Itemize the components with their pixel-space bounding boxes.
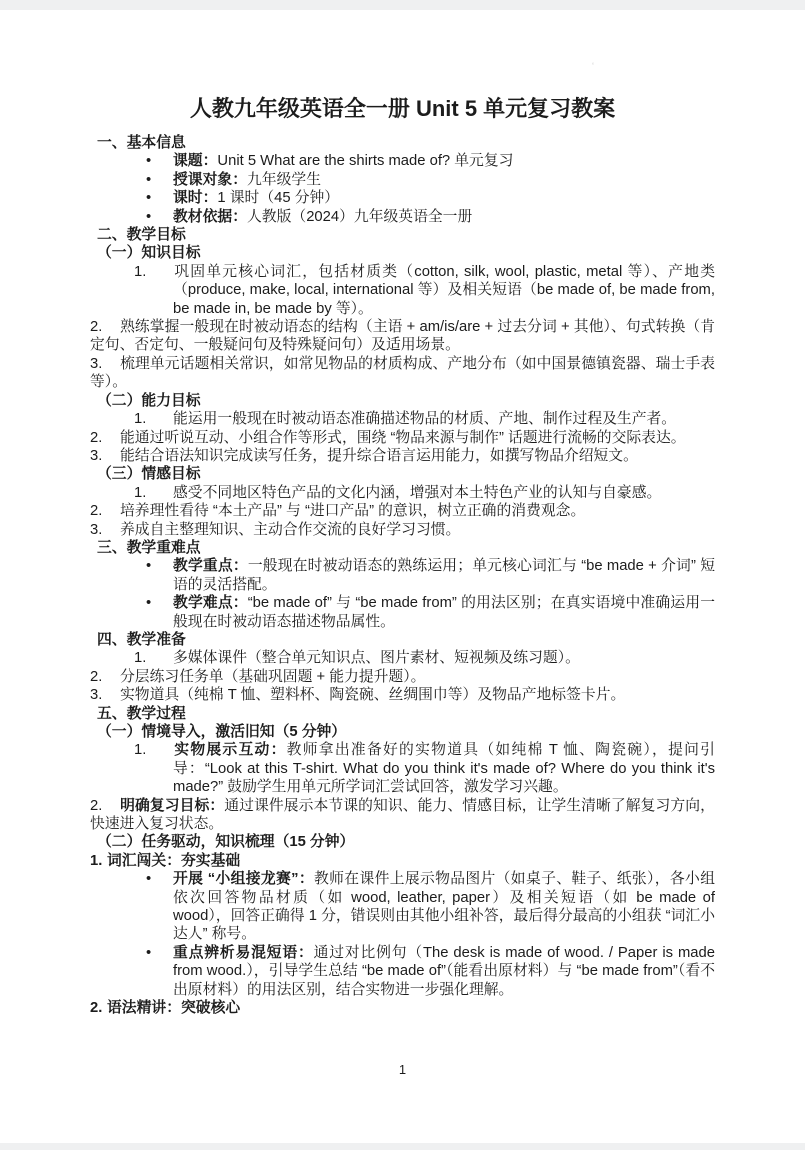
smudge-mark: ʻ xyxy=(592,62,594,71)
list-item: 3.梳理单元话题相关常识，如常见物品的材质构成、产地分布（如中国景德镇瓷器、瑞士… xyxy=(90,355,715,392)
text-run: （一）情境导入，激活旧知（5 分钟） xyxy=(97,724,346,740)
bullet-icon: • xyxy=(146,189,151,207)
list-item: 1.感受不同地区特色产品的文化内涵，增强对本土特色产业的认知与自豪感。 xyxy=(90,484,715,502)
text-run: 明确复习目标： xyxy=(120,798,224,814)
document-title: 人教九年级英语全一册 Unit 5 单元复习教案 xyxy=(90,94,715,124)
text-run: 梳理单元话题相关常识，如常见物品的材质构成、产地分布（如中国景德镇瓷器、瑞士手表… xyxy=(90,356,715,390)
text-run: 词汇闯关：夯实基础 xyxy=(107,853,240,869)
text-run: 二、教学目标 xyxy=(97,227,186,243)
list-number: 1. xyxy=(134,484,173,502)
text-run: （二）能力目标 xyxy=(97,393,201,409)
bullet-icon: • xyxy=(146,208,151,226)
list-item: 1.多媒体课件（整合单元知识点、图片素材、短视频及练习题）。 xyxy=(90,649,715,667)
app-background: { "page": { "background": "#eff0f1", "pa… xyxy=(0,0,805,1150)
text-run: 一、基本信息 xyxy=(97,135,186,151)
list-number: 1. xyxy=(134,410,173,428)
bullet-item: •教材依据：人教版（2024）九年级英语全一册 xyxy=(90,208,715,226)
text-run: 课时： xyxy=(173,190,217,206)
list-number: 1. xyxy=(134,649,173,667)
text-run: 一般现在时被动语态的熟练运用；单元核心词汇与 “be made + 介词” 短语… xyxy=(173,558,715,592)
list-number: 2. xyxy=(90,502,120,520)
list-number: 3. xyxy=(90,447,120,465)
text-run: 巩固单元核心词汇，包括材质类（cotton, silk, wool, plast… xyxy=(173,264,715,317)
section-heading: （二）任务驱动，知识梳理（15 分钟） xyxy=(90,833,715,851)
list-number: 1. xyxy=(90,852,107,870)
text-run: 培养理性看待 “本土产品” 与 “进口产品” 的意识，树立正确的消费观念。 xyxy=(120,503,585,519)
text-run: 语法精讲：突破核心 xyxy=(107,1000,240,1016)
text-run: 感受不同地区特色产品的文化内涵，增强对本土特色产业的认知与自豪感。 xyxy=(173,485,661,501)
text-run: Unit 5 What are the shirts made of? 单元复习 xyxy=(217,153,513,169)
bullet-item: •教学重点：一般现在时被动语态的熟练运用；单元核心词汇与 “be made + … xyxy=(90,557,715,594)
text-run: 九年级学生 xyxy=(247,172,321,188)
text-run: 课题： xyxy=(173,153,217,169)
section-heading: 五、教学过程 xyxy=(90,705,715,723)
page-number: 1 xyxy=(0,1063,805,1077)
text-run: 实物展示互动： xyxy=(173,742,287,758)
bullet-item: •课时：1 课时（45 分钟） xyxy=(90,189,715,207)
sub-heading: 2.语法精讲：突破核心 xyxy=(90,999,715,1017)
list-item: 3.实物道具（纯棉 T 恤、塑料杯、陶瓷碗、丝绸围巾等）及物品产地标签卡片。 xyxy=(90,686,715,704)
text-run: 教学难点： xyxy=(173,595,248,611)
document-body: 一、基本信息•课题：Unit 5 What are the shirts mad… xyxy=(90,134,715,1018)
list-item: 1.巩固单元核心词汇，包括材质类（cotton, silk, wool, pla… xyxy=(90,263,715,318)
list-number: 3. xyxy=(90,355,120,373)
list-number: 2. xyxy=(90,668,120,686)
bullet-item: •课题：Unit 5 What are the shirts made of? … xyxy=(90,152,715,170)
section-heading: 三、教学重难点 xyxy=(90,539,715,557)
text-run: （一）知识目标 xyxy=(97,245,201,261)
text-run: 分层练习任务单（基础巩固题 + 能力提升题）。 xyxy=(120,669,425,685)
text-run: （三）情感目标 xyxy=(97,466,201,482)
list-number: 1. xyxy=(134,741,173,759)
text-run: 三、教学重难点 xyxy=(97,540,201,556)
section-heading: （二）能力目标 xyxy=(90,392,715,410)
text-run: 五、教学过程 xyxy=(97,706,186,722)
list-number: 2. xyxy=(90,318,120,336)
section-heading: （三）情感目标 xyxy=(90,465,715,483)
text-run: 重点辨析易混短语： xyxy=(173,945,314,961)
list-number: 1. xyxy=(134,263,173,281)
list-item: 2.分层练习任务单（基础巩固题 + 能力提升题）。 xyxy=(90,668,715,686)
bullet-icon: • xyxy=(146,171,151,189)
list-number: 2. xyxy=(90,797,120,815)
list-item: 2.熟练掌握一般现在时被动语态的结构（主语 + am/is/are + 过去分词… xyxy=(90,318,715,355)
text-run: 熟练掌握一般现在时被动语态的结构（主语 + am/is/are + 过去分词 +… xyxy=(90,319,715,353)
bullet-icon: • xyxy=(146,944,151,962)
list-number: 3. xyxy=(90,521,120,539)
list-item: 2.培养理性看待 “本土产品” 与 “进口产品” 的意识，树立正确的消费观念。 xyxy=(90,502,715,520)
list-number: 3. xyxy=(90,686,120,704)
text-run: 养成自主整理知识、主动合作交流的良好学习习惯。 xyxy=(120,522,460,538)
text-run: 实物道具（纯棉 T 恤、塑料杯、陶瓷碗、丝绸围巾等）及物品产地标签卡片。 xyxy=(120,687,625,703)
text-run: “be made of” 与 “be made from” 的用法区别；在真实语… xyxy=(173,595,715,629)
bullet-icon: • xyxy=(146,594,151,612)
bullet-icon: • xyxy=(146,557,151,575)
list-number: 2. xyxy=(90,999,107,1017)
text-run: 多媒体课件（整合单元知识点、图片素材、短视频及练习题）。 xyxy=(173,650,580,666)
list-item: 1.能运用一般现在时被动语态准确描述物品的材质、产地、制作过程及生产者。 xyxy=(90,410,715,428)
section-heading: 一、基本信息 xyxy=(90,134,715,152)
sub-heading: 1.词汇闯关：夯实基础 xyxy=(90,852,715,870)
text-run: （二）任务驱动，知识梳理（15 分钟） xyxy=(97,834,354,850)
section-heading: 二、教学目标 xyxy=(90,226,715,244)
section-heading: （一）情境导入，激活旧知（5 分钟） xyxy=(90,723,715,741)
text-run: 能结合语法知识完成读写任务，提升综合语言运用能力，如撰写物品介绍短文。 xyxy=(120,448,638,464)
list-item: 3.能结合语法知识完成读写任务，提升综合语言运用能力，如撰写物品介绍短文。 xyxy=(90,447,715,465)
text-run: 开展 “小组接龙赛”： xyxy=(173,871,314,887)
text-run: 授课对象： xyxy=(173,172,247,188)
bullet-item: •教学难点：“be made of” 与 “be made from” 的用法区… xyxy=(90,594,715,631)
text-run: 人教版（2024）九年级英语全一册 xyxy=(247,209,472,225)
bullet-item: •开展 “小组接龙赛”：教师在课件上展示物品图片（如桌子、鞋子、纸张），各小组依… xyxy=(90,870,715,944)
list-item: 1.实物展示互动：教师拿出准备好的实物道具（如纯棉 T 恤、陶瓷碗），提问引导：… xyxy=(90,741,715,796)
bullet-icon: • xyxy=(146,870,151,888)
list-item: 2.能通过听说互动、小组合作等形式，围绕 “物品来源与制作” 话题进行流畅的交际… xyxy=(90,429,715,447)
bullet-item: •授课对象：九年级学生 xyxy=(90,171,715,189)
text-run: 教学重点： xyxy=(173,558,248,574)
text-run: 四、教学准备 xyxy=(97,632,186,648)
list-item: 3.养成自主整理知识、主动合作交流的良好学习习惯。 xyxy=(90,521,715,539)
list-number: 2. xyxy=(90,429,120,447)
document-page: ʻ 人教九年级英语全一册 Unit 5 单元复习教案 一、基本信息•课题：Uni… xyxy=(0,10,805,1143)
bullet-icon: • xyxy=(146,152,151,170)
document-content: 人教九年级英语全一册 Unit 5 单元复习教案 一、基本信息•课题：Unit … xyxy=(0,10,805,1018)
text-run: 1 课时（45 分钟） xyxy=(217,190,339,206)
list-item: 2.明确复习目标：通过课件展示本节课的知识、能力、情感目标，让学生清晰了解复习方… xyxy=(90,797,715,834)
section-heading: （一）知识目标 xyxy=(90,244,715,262)
text-run: 教材依据： xyxy=(173,209,247,225)
bullet-item: •重点辨析易混短语：通过对比例句（The desk is made of woo… xyxy=(90,944,715,999)
text-run: 能通过听说互动、小组合作等形式，围绕 “物品来源与制作” 话题进行流畅的交际表达… xyxy=(120,430,686,446)
text-run: 能运用一般现在时被动语态准确描述物品的材质、产地、制作过程及生产者。 xyxy=(173,411,676,427)
section-heading: 四、教学准备 xyxy=(90,631,715,649)
